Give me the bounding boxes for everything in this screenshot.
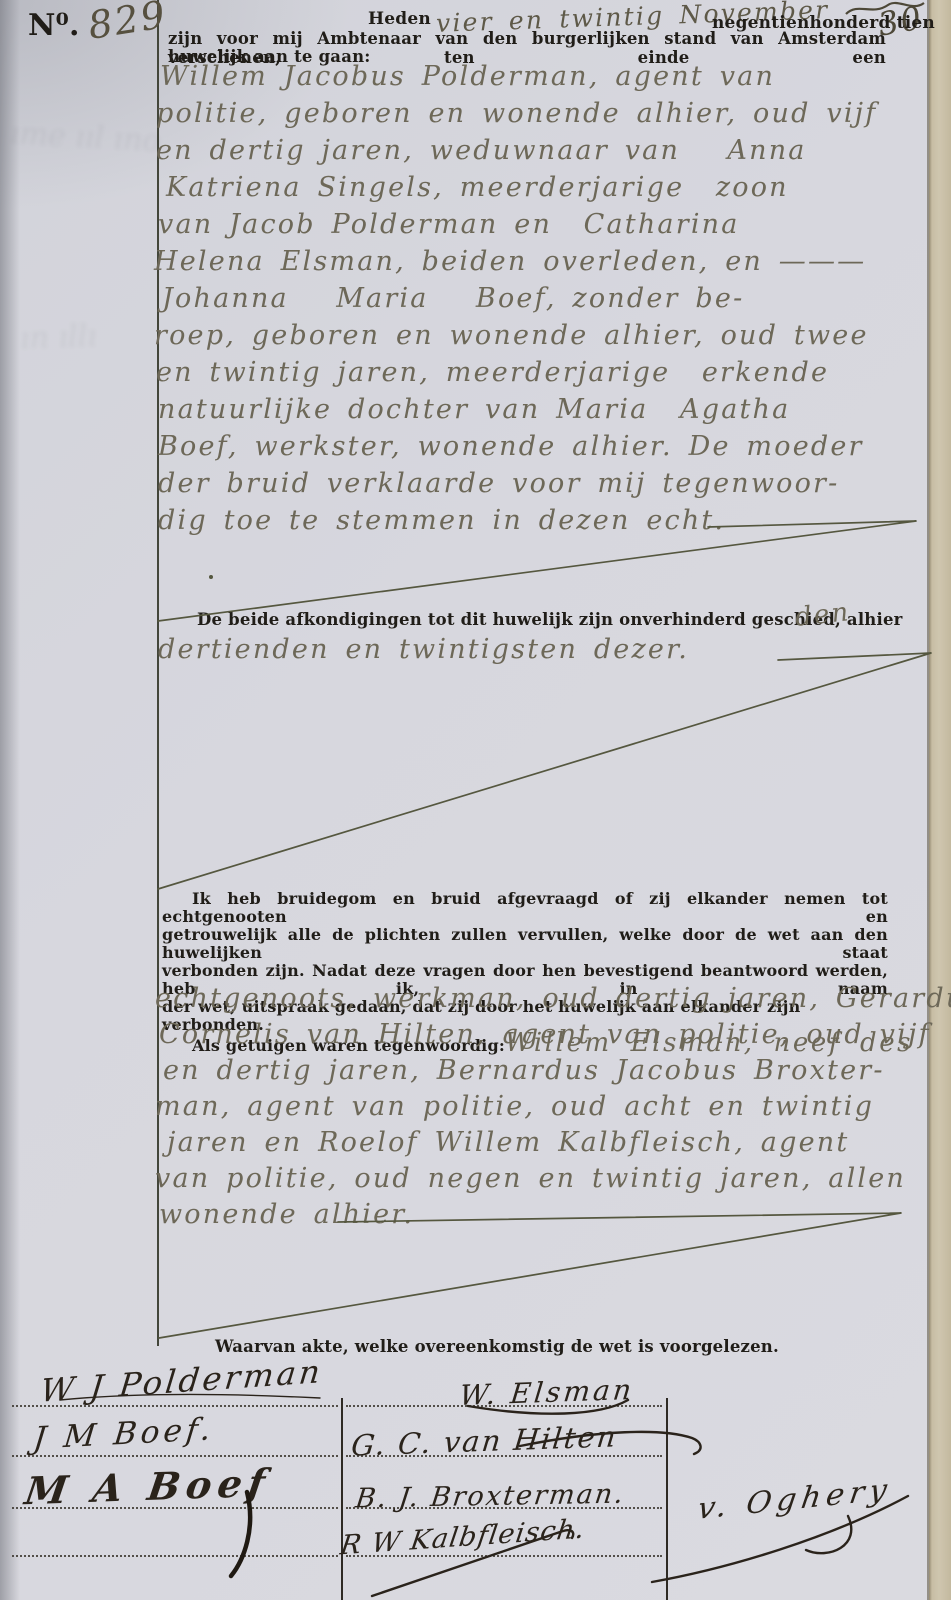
witness-line: wonende alhier. (159, 1198, 945, 1234)
witness-line: en dertig jaren, Bernardus Jacobus Broxt… (163, 1054, 945, 1090)
signature-divider-2 (666, 1398, 668, 1600)
signature-witness-elsman: W. Elsman (458, 1373, 636, 1412)
entry-line: van Jacob Polderman en Catharina (158, 208, 940, 245)
header-date-prefix: Heden (368, 9, 431, 29)
witnesses-handwritten-block: echtgenoots, werkman, oud dertig jaren, … (155, 982, 945, 1234)
signature-dotted-line (12, 1455, 338, 1457)
vows-line: Ik heb bruidegom en bruid afgevraagd of … (162, 890, 888, 926)
witness-line: van politie, oud negen en twintig jaren,… (155, 1162, 945, 1198)
book-gutter-shadow (0, 0, 20, 1600)
entry-line: Johanna Maria Boef, zonder be- (162, 282, 940, 319)
signature-mother: M A Boef (22, 1460, 274, 1513)
marriage-certificate-page: N⁰. 829 30 Heden vier en twintig Novembe… (0, 0, 951, 1600)
ink-dot (209, 575, 213, 579)
entry-line: en dertig jaren, weduwnaar van Anna (156, 134, 940, 171)
entry-line: Helena Elsman, beiden overleden, en ——— (154, 245, 940, 282)
act-number-label: N⁰. (28, 8, 80, 43)
signature-registrar: v. Oghery (696, 1472, 895, 1527)
signature-divider-1 (341, 1398, 343, 1600)
banns-handwritten-line: dertienden en twintigsten dezer. (158, 634, 689, 665)
signature-witness-broxterman: B. J. Broxterman. (354, 1479, 627, 1515)
witness-line: jaren en Roelof Willem Kalbfleisch, agen… (167, 1126, 945, 1162)
entry-line: der bruid verklaarde voor mij tegenwoor- (158, 467, 940, 504)
witness-line: Cornelis van Hilten, agent van politie, … (159, 1018, 945, 1054)
entry-handwritten-block: Willem Jacobus Polderman, agent van poli… (160, 60, 940, 541)
filler-line-2 (158, 653, 931, 889)
witness-line: echtgenoots, werkman, oud dertig jaren, … (155, 982, 945, 1018)
ink-bleedthrough: ıme ııl ıno (9, 116, 161, 159)
entry-line: roep, geboren en wonende alhier, oud twe… (154, 319, 940, 356)
ink-bleedthrough: ın ıllı (19, 319, 97, 357)
entry-line: politie, geboren en wonende alhier, oud … (156, 97, 940, 134)
signature-bride: J M Boef. (31, 1411, 216, 1456)
signature-groom: W J Polderman (39, 1352, 325, 1409)
signature-dotted-line (12, 1555, 338, 1557)
entry-line: natuurlijke dochter van Maria Agatha (158, 393, 940, 430)
entry-line: en twintig jaren, meerderjarige erkende (156, 356, 940, 393)
banns-handwritten-word: den (794, 597, 852, 633)
witness-line: man, agent van politie, oud acht en twin… (155, 1090, 945, 1126)
entry-line: Willem Jacobus Polderman, agent van (160, 60, 940, 97)
entry-line: Boef, werkster, wonende alhier. De moede… (158, 430, 940, 467)
entry-line: Katriena Singels, meerderjarige zoon (166, 171, 940, 208)
registrar-tail-stroke (806, 1516, 851, 1553)
entry-line: dig toe te stemmen in dezen echt. (158, 504, 940, 541)
vows-line: getrouwelijk alle de plichten zullen ver… (162, 926, 888, 962)
